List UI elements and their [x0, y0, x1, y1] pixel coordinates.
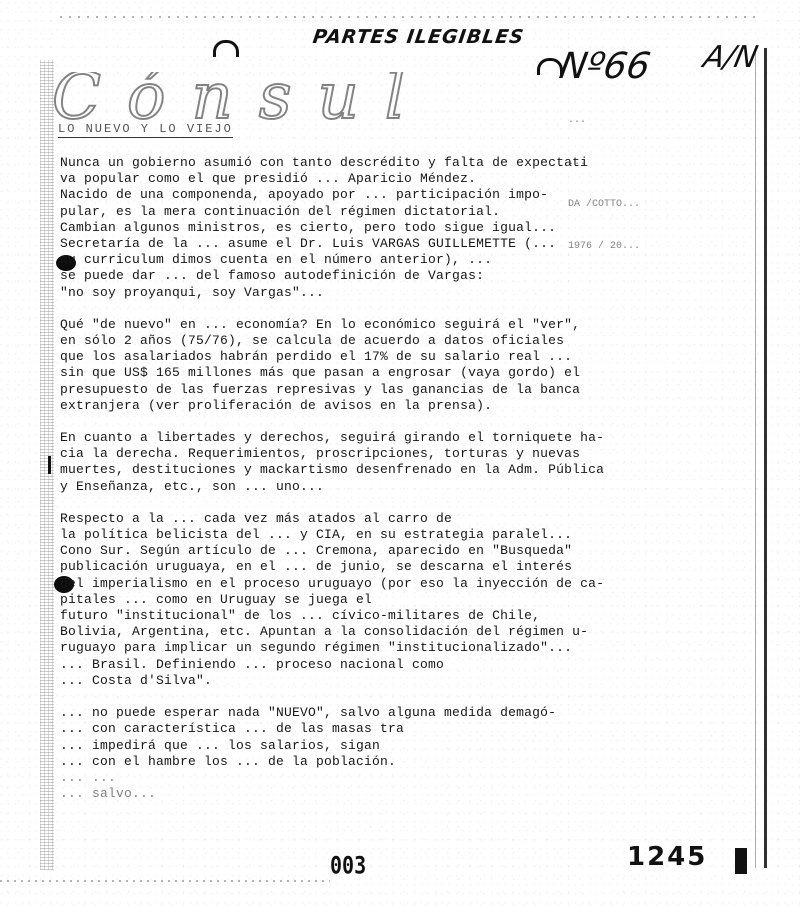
paragraph: Qué "de nuevo" en ... economía? En lo ec… — [60, 317, 700, 414]
scan-left-edge — [40, 60, 54, 870]
text-line: muertes, destituciones y mackartismo des… — [60, 462, 700, 478]
text-line: Nacido de una componenda, apoyado por ..… — [60, 187, 700, 203]
text-line: pular, es la mera continuación del régim… — [60, 204, 700, 220]
page-right-border — [764, 48, 767, 868]
text-line: publicación uruguaya, en el ... de junio… — [60, 559, 700, 575]
text-line: cia la derecha. Requerimientos, proscrip… — [60, 446, 700, 462]
paragraph: Respecto a la ... cada vez más atados al… — [60, 511, 700, 689]
paragraph: En cuanto a libertades y derechos, segui… — [60, 430, 700, 495]
masthead-title: Cónsul — [52, 72, 552, 122]
masthead-subtitle: LO NUEVO Y LO VIEJO — [58, 122, 233, 138]
text-line: extranjera (ver proliferación de avisos … — [60, 398, 700, 414]
text-line: ... ... — [60, 770, 700, 786]
text-line: su curriculum dimos cuenta en el número … — [60, 252, 700, 268]
corner-mark: A/N — [700, 40, 761, 75]
text-line: sin que US$ 165 millones más que pasan a… — [60, 365, 700, 381]
text-line: del imperialismo en el proceso uruguayo … — [60, 576, 700, 592]
text-line: "no soy proyanqui, soy Vargas"... — [60, 285, 700, 301]
text-line: Nunca un gobierno asumió con tanto descr… — [60, 155, 700, 171]
text-line: Secretaría de la ... asume el Dr. Luis V… — [60, 236, 700, 252]
text-line: y Enseñanza, etc., son ... uno... — [60, 479, 700, 495]
text-line: pitales ... como en Uruguay se juega el — [60, 592, 700, 608]
text-line: Qué "de nuevo" en ... economía? En lo ec… — [60, 317, 700, 333]
text-line: ... Brasil. Definiendo ... proceso nacio… — [60, 657, 700, 673]
paragraph: Nunca un gobierno asumió con tanto descr… — [60, 155, 700, 301]
text-line: ... con característica ... de las masas … — [60, 721, 700, 737]
masthead-info-line: ... — [568, 114, 640, 128]
text-line: va popular como el que presidió ... Apar… — [60, 171, 700, 187]
paragraph: ... no puede esperar nada "NUEVO", salvo… — [60, 705, 700, 802]
text-line: presupuesto de las fuerzas represivas y … — [60, 382, 700, 398]
text-line: Respecto a la ... cada vez más atados al… — [60, 511, 700, 527]
text-line: Cambian algunos ministros, es cierto, pe… — [60, 220, 700, 236]
scan-noise-bottom — [0, 880, 330, 882]
text-line: Bolivia, Argentina, etc. Apuntan a la co… — [60, 624, 700, 640]
text-line: Cono Sur. Según artículo de ... Cremona,… — [60, 543, 700, 559]
scanned-page: PARTES ILEGIBLES Nº66 A/N Cónsul LO NUEV… — [0, 0, 800, 906]
annotation-header: PARTES ILEGIBLES — [311, 26, 525, 48]
text-line: ... Costa d'Silva". — [60, 673, 700, 689]
body-text: Nunca un gobierno asumió con tanto descr… — [60, 155, 700, 818]
margin-mark — [48, 456, 51, 474]
document-stamp: 1245 — [627, 842, 707, 872]
punch-hole-icon — [213, 40, 239, 57]
stamp-mark — [735, 848, 747, 874]
text-line: ... no puede esperar nada "NUEVO", salvo… — [60, 705, 700, 721]
text-line: se puede dar ... del famoso autodefinici… — [60, 268, 700, 284]
page-stamp: 003 — [330, 851, 366, 880]
text-line: ruguayo para implicar un segundo régimen… — [60, 640, 700, 656]
text-line: que los asalariados habrán perdido el 17… — [60, 349, 700, 365]
text-line: la política belicista del ... y CIA, en … — [60, 527, 700, 543]
text-line: futuro "institucional" de los ... cívico… — [60, 608, 700, 624]
text-line: ... con el hambre los ... de la població… — [60, 754, 700, 770]
text-line: ... impedirá que ... los salarios, sigan — [60, 738, 700, 754]
text-line: ... salvo... — [60, 786, 700, 802]
text-line: en sólo 2 años (75/76), se calcula de ac… — [60, 333, 700, 349]
scan-noise-top — [60, 16, 760, 18]
text-line: En cuanto a libertades y derechos, segui… — [60, 430, 700, 446]
issue-number: Nº66 — [556, 46, 653, 87]
page-right-border-inner — [755, 48, 756, 868]
